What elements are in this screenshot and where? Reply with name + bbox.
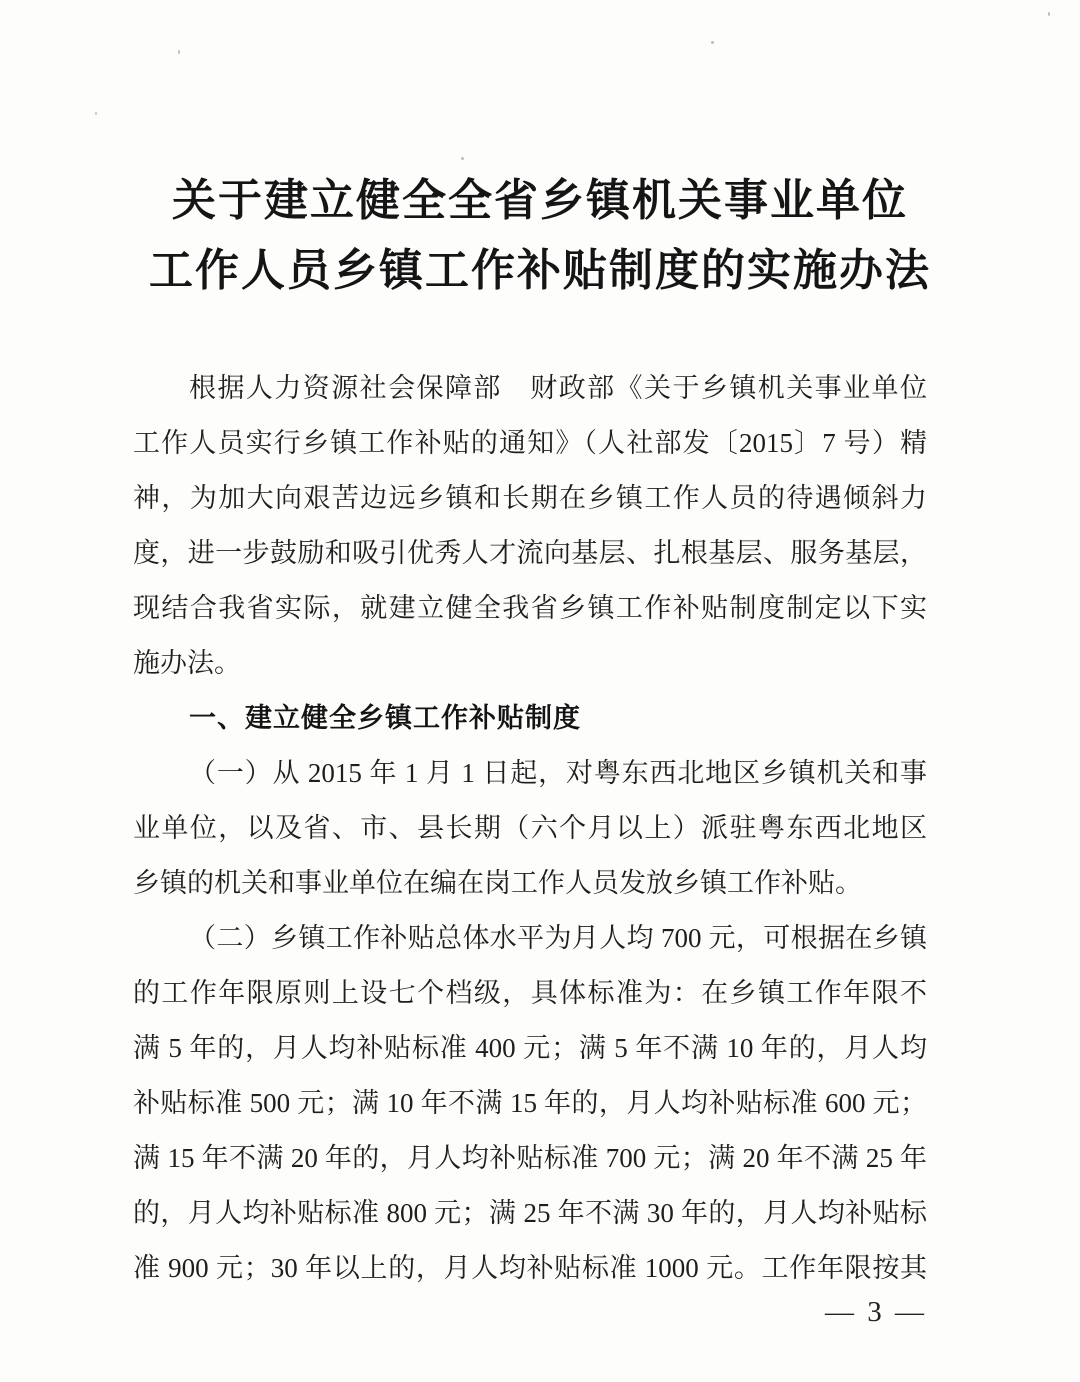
scan-speck	[461, 157, 464, 160]
body-line: 的工作年限原则上设七个档级，具体标准为：在乡镇工作年限不	[133, 966, 927, 1021]
body-line: 补贴标准 500 元；满 10 年不满 15 年的，月人均补贴标准 600 元；	[133, 1076, 927, 1131]
document-title: 关于建立健全全省乡镇机关事业单位 工作人员乡镇工作补贴制度的实施办法	[0, 166, 1080, 306]
body-line: 工作人员实行乡镇工作补贴的通知》（人社部发〔2015〕7 号）精	[133, 416, 927, 471]
body-line: 满 15 年不满 20 年的，月人均补贴标准 700 元；满 20 年不满 25…	[133, 1131, 927, 1186]
body-line: 满 5 年的，月人均补贴标准 400 元；满 5 年不满 10 年的，月人均	[133, 1021, 927, 1076]
scan-speck	[1048, 12, 1050, 16]
body-line: 度，进一步鼓励和吸引优秀人才流向基层、扎根基层、服务基层，	[133, 526, 927, 581]
scan-speck	[95, 112, 97, 115]
body-line: 乡镇的机关和事业单位在编在岗工作人员发放乡镇工作补贴。	[133, 856, 927, 911]
document-title-line-2: 工作人员乡镇工作补贴制度的实施办法	[0, 236, 1080, 306]
document-title-line-1: 关于建立健全全省乡镇机关事业单位	[0, 166, 1080, 236]
body-line: 根据人力资源社会保障部 财政部《关于乡镇机关事业单位	[133, 361, 927, 416]
body-line: （二）乡镇工作补贴总体水平为月人均 700 元，可根据在乡镇	[133, 911, 927, 966]
body-line: 神，为加大向艰苦边远乡镇和长期在乡镇工作人员的待遇倾斜力	[133, 471, 927, 526]
body-line: 的，月人均补贴标准 800 元；满 25 年不满 30 年的，月人均补贴标	[133, 1186, 927, 1241]
page-number: — 3 —	[133, 1294, 927, 1330]
document-page: 关于建立健全全省乡镇机关事业单位 工作人员乡镇工作补贴制度的实施办法 根据人力资…	[0, 0, 1080, 1382]
scan-speck	[178, 50, 180, 54]
section-heading: 一、建立健全乡镇工作补贴制度	[133, 691, 927, 746]
body-line: （一）从 2015 年 1 月 1 日起，对粤东西北地区乡镇机关和事	[133, 746, 927, 801]
body-line: 准 900 元；30 年以上的，月人均补贴标准 1000 元。工作年限按其	[133, 1241, 927, 1296]
body-line: 业单位，以及省、市、县长期（六个月以上）派驻粤东西北地区	[133, 801, 927, 856]
document-body: 根据人力资源社会保障部 财政部《关于乡镇机关事业单位 工作人员实行乡镇工作补贴的…	[133, 361, 927, 1296]
body-line: 现结合我省实际，就建立健全我省乡镇工作补贴制度制定以下实	[133, 581, 927, 636]
scan-speck	[711, 41, 714, 44]
body-line: 施办法。	[133, 636, 927, 691]
